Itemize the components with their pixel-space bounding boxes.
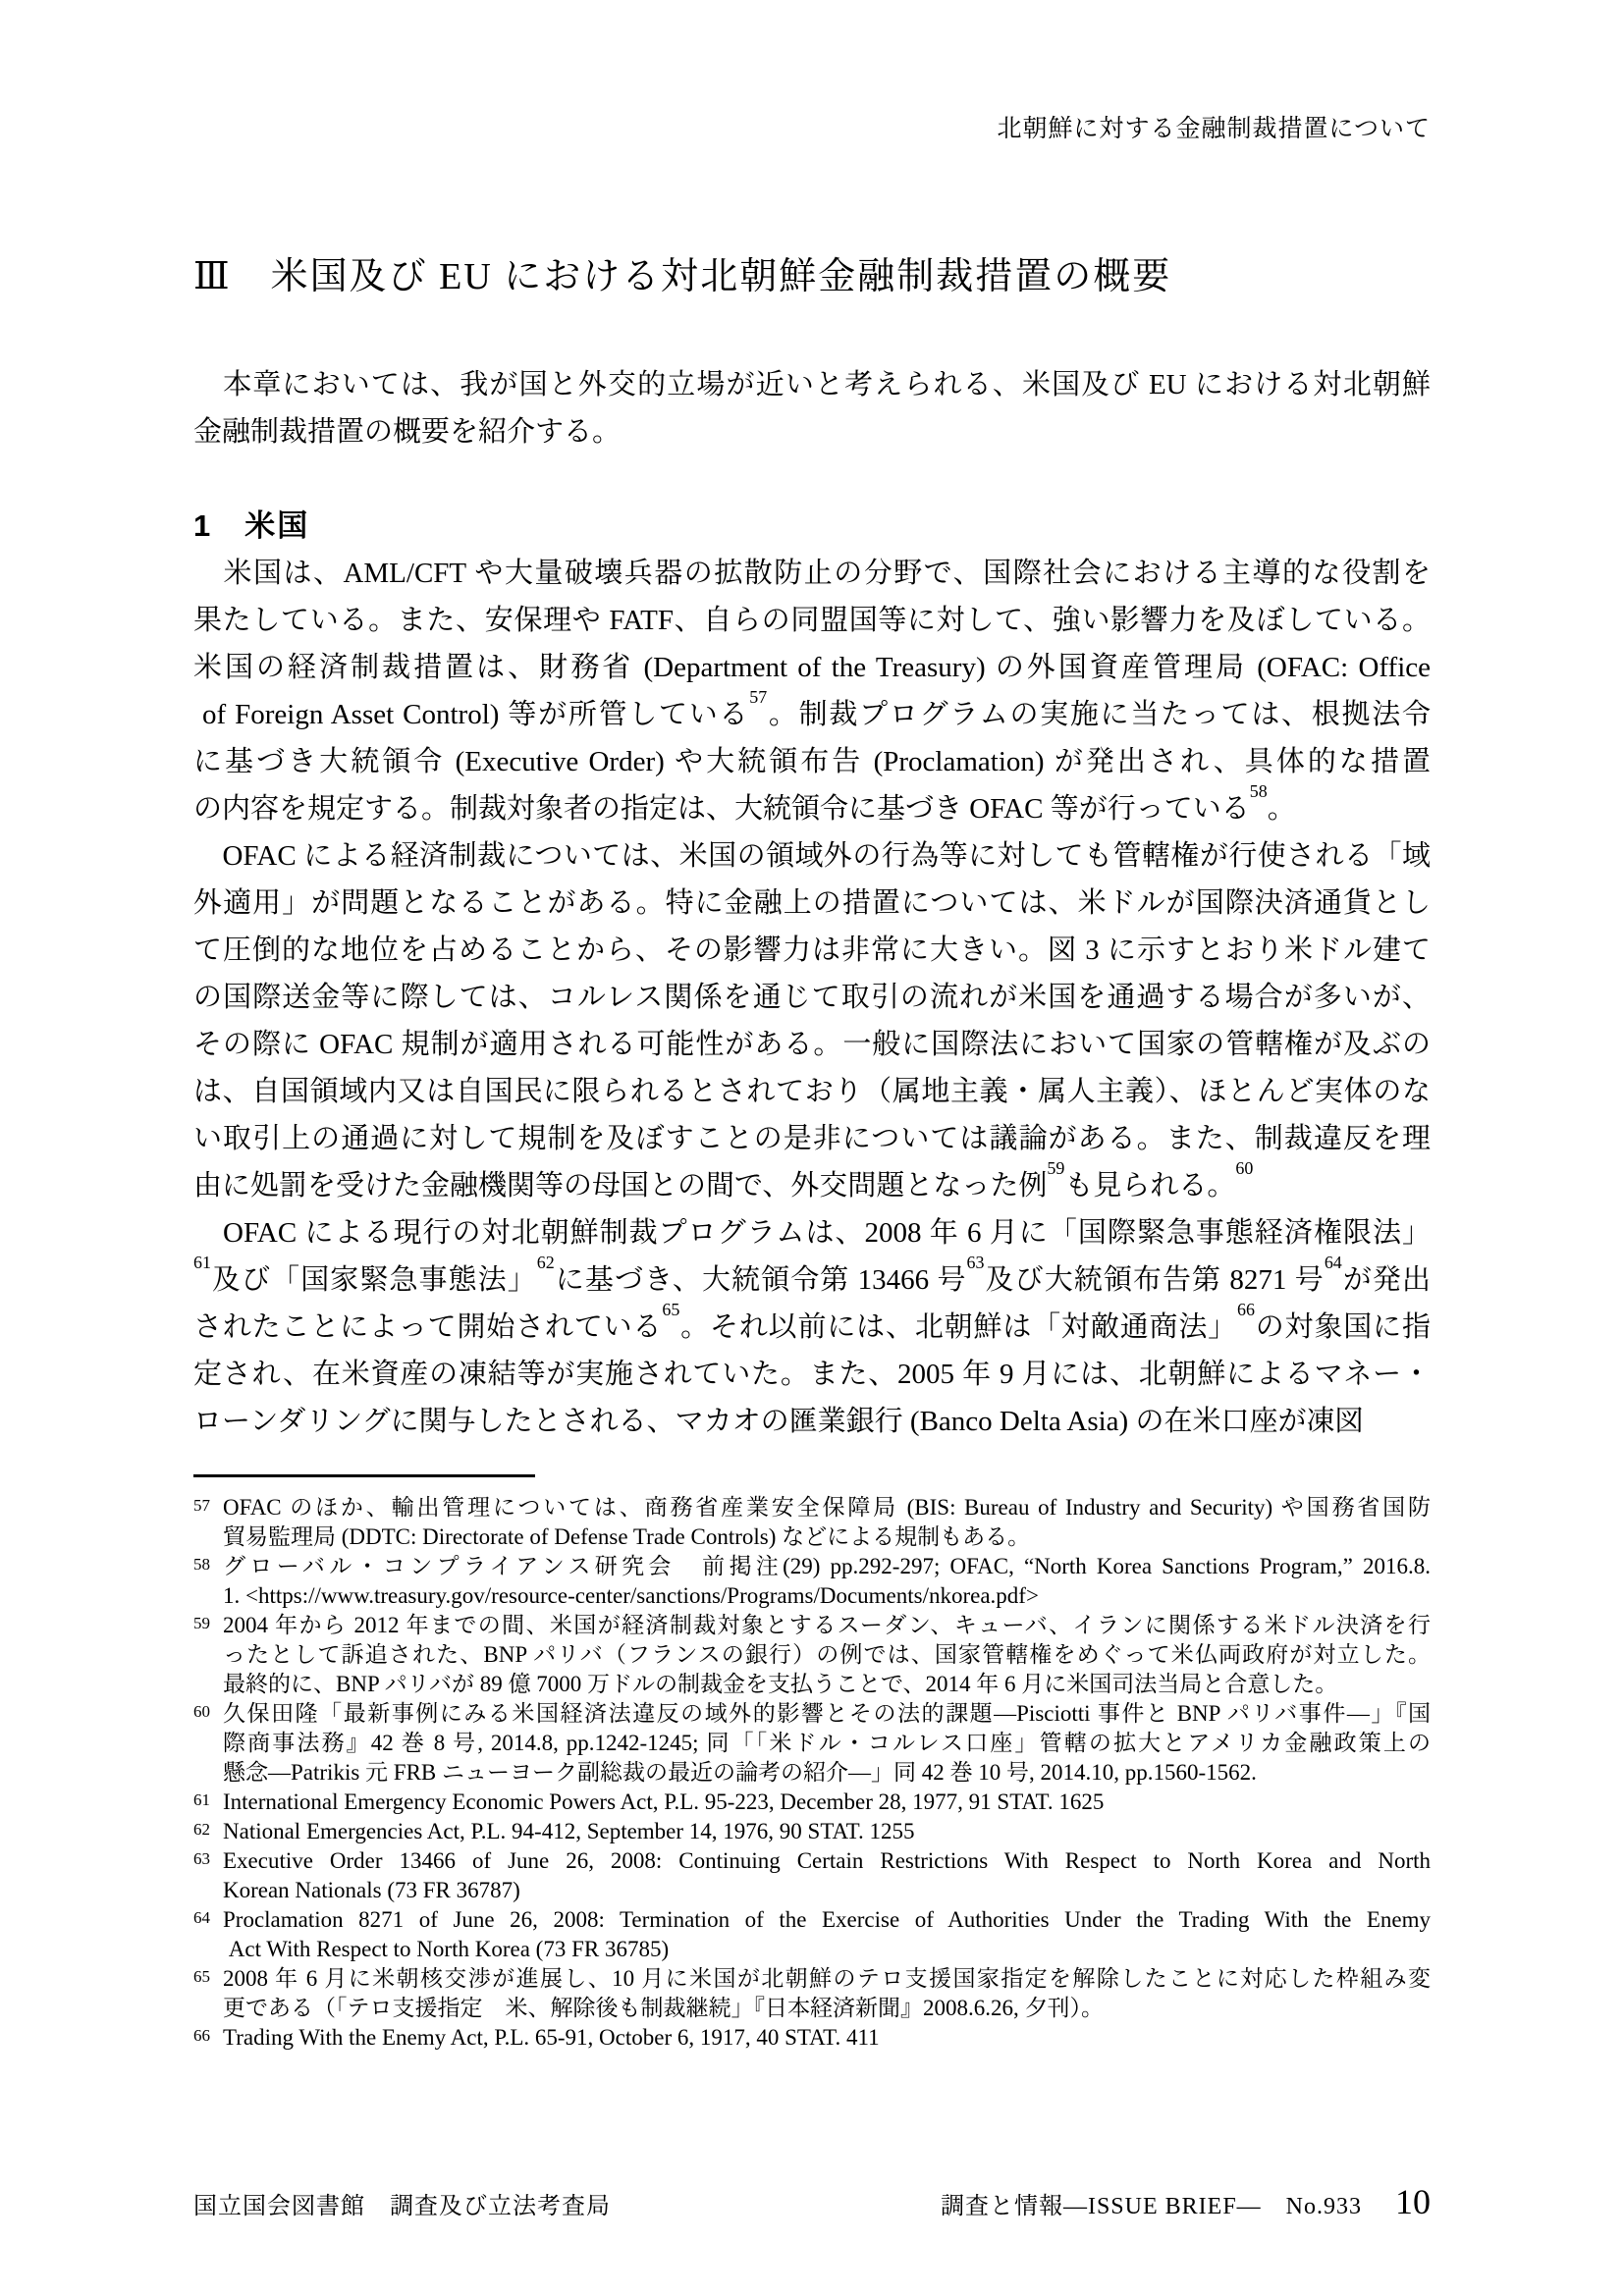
text-line: International Emergency Economic Powers … (193, 1788, 1431, 1817)
text-line: 際商事法務』42 巻 8 号, 2014.8, pp.1242-1245; 同「… (193, 1729, 1431, 1758)
section-heading: 1 米国 (193, 503, 1431, 550)
footnote-ref: 66 (1237, 1304, 1255, 1319)
text-line: は、自国領域内又は自国民に限られるとされており（属地主義・属人主義）、ほとんど実… (193, 1068, 1431, 1115)
body-paragraphs: 米国は、AML/CFT や大量破壊兵器の拡散防止の分野で、国際社会における主導的… (193, 550, 1431, 1445)
page-body: 本章においては、我が国と外交的立場が近いと考えられる、米国及び EU における対… (193, 361, 1431, 2053)
footnote-ref: 60 (1235, 1162, 1253, 1178)
footnote-ref: 64 (1325, 1256, 1342, 1272)
footnote-number: 58 (193, 1550, 210, 1579)
text-line: OFAC による現行の対北朝鮮制裁プログラムは、2008 年 6 月に「国際緊急… (193, 1209, 1431, 1256)
text-line: その際に OFAC 規制が適用される可能性がある。一般に国際法において国家の管轄… (193, 1021, 1431, 1068)
text-line: されたことによって開始されている65。それ以前には、北朝鮮は「対敵通商法」66の… (193, 1304, 1431, 1351)
text-line: 2004 年から 2012 年までの間、米国が経済制裁対象とするスーダン、キュー… (193, 1611, 1431, 1640)
text-line: ローンダリングに関与したとされる、マカオの匯業銀行 (Banco Delta A… (193, 1398, 1431, 1445)
publisher-name: 国立国会図書館 調査及び立法考査局 (193, 2186, 611, 2220)
text-line: 果たしている。また、安保理や FATF、自らの同盟国等に対して、強い影響力を及ぼ… (193, 597, 1431, 644)
text-line: 最終的に、BNP パリバが 89 億 7000 万ドルの制裁金を支払うことで、2… (193, 1670, 1431, 1699)
paragraph: 米国は、AML/CFT や大量破壊兵器の拡散防止の分野で、国際社会における主導的… (193, 550, 1431, 832)
text-line: Act With Respect to North Korea (73 FR 3… (193, 1935, 1431, 1964)
footnote: 66Trading With the Enemy Act, P.L. 65-91… (193, 2023, 1431, 2053)
text-line: 更である（「テロ支援指定 米、解除後も制裁継続」『日本経済新聞』2008.6.2… (193, 1994, 1431, 2023)
paragraph: OFAC による経済制裁については、米国の領域外の行為等に対しても管轄権が行使さ… (193, 832, 1431, 1209)
text-line: の内容を規定する。制裁対象者の指定は、大統領令に基づき OFAC 等が行っている… (193, 785, 1431, 832)
text-line: 久保田隆「最新事例にみる米国経済法違反の域外的影響とその法的課題―Pisciot… (193, 1699, 1431, 1729)
footnote-ref: 58 (1250, 785, 1268, 801)
page-footer: 国立国会図書館 調査及び立法考査局 調査と情報―ISSUE BRIEF― No.… (193, 2181, 1431, 2222)
footnote: 63Executive Order 13466 of June 26, 2008… (193, 1846, 1431, 1905)
text-line: 61及び「国家緊急事態法」62に基づき、大統領令第 13466 号63及び大統領… (193, 1256, 1431, 1304)
text-line: Proclamation 8271 of June 26, 2008: Term… (193, 1905, 1431, 1935)
footnote: 58グローバル・コンプライアンス研究会 前掲注(29) pp.292-297; … (193, 1552, 1431, 1611)
footnote-ref: 57 (749, 691, 767, 707)
text-line: ったとして訴追された、BNP パリバ（フランスの銀行）の例では、国家管轄権をめぐ… (193, 1640, 1431, 1670)
footnote: 62National Emergencies Act, P.L. 94-412,… (193, 1817, 1431, 1846)
footnote-number: 66 (193, 2021, 210, 2051)
text-line: 1. <https://www.treasury.gov/resource-ce… (193, 1581, 1431, 1611)
text-line: 定され、在米資産の凍結等が実施されていた。また、2005 年 9 月には、北朝鮮… (193, 1351, 1431, 1398)
footnote: 61International Emergency Economic Power… (193, 1788, 1431, 1817)
chapter-title: Ⅲ 米国及び EU における対北朝鮮金融制裁措置の概要 (193, 253, 1431, 300)
text-line: OFAC による経済制裁については、米国の領域外の行為等に対しても管轄権が行使さ… (193, 832, 1431, 880)
footnote-number: 63 (193, 1844, 210, 1874)
text-line: 貿易監理局 (DDTC: Directorate of Defense Trad… (193, 1522, 1431, 1552)
footnote: 592004 年から 2012 年までの間、米国が経済制裁対象とするスーダン、キ… (193, 1611, 1431, 1699)
footnote-ref: 62 (537, 1256, 555, 1272)
paragraph: OFAC による現行の対北朝鮮制裁プログラムは、2008 年 6 月に「国際緊急… (193, 1209, 1431, 1445)
text-line: 2008 年 6 月に米朝核交渉が進展し、10 月に米国が北朝鮮のテロ支援国家指… (193, 1964, 1431, 1994)
journal-title: 調査と情報―ISSUE BRIEF― No.933 (941, 2186, 1362, 2220)
footnote-ref: 65 (662, 1304, 679, 1319)
page-number: 10 (1395, 2181, 1431, 2222)
text-line: グローバル・コンプライアンス研究会 前掲注(29) pp.292-297; OF… (193, 1552, 1431, 1581)
footnotes: 57OFAC のほか、輸出管理については、商務省産業安全保障局 (BIS: Bu… (193, 1493, 1431, 2053)
footnote-number: 59 (193, 1609, 210, 1638)
text-line: Korean Nationals (73 FR 36787) (193, 1876, 1431, 1905)
footnote: 57OFAC のほか、輸出管理については、商務省産業安全保障局 (BIS: Bu… (193, 1493, 1431, 1552)
text-line: 外適用」が問題となることがある。特に金融上の措置については、米ドルが国際決済通貨… (193, 880, 1431, 927)
footnote-separator (193, 1474, 535, 1477)
footer-right: 調査と情報―ISSUE BRIEF― No.933 10 (941, 2181, 1431, 2222)
footnote: 652008 年 6 月に米朝核交渉が進展し、10 月に米国が北朝鮮のテロ支援国… (193, 1964, 1431, 2023)
text-line: National Emergencies Act, P.L. 94-412, S… (193, 1817, 1431, 1846)
footnote-number: 65 (193, 1962, 210, 1992)
footnote-ref: 59 (1047, 1162, 1064, 1178)
footnote-number: 61 (193, 1786, 210, 1815)
text-line: Trading With the Enemy Act, P.L. 65-91, … (193, 2023, 1431, 2053)
running-header: 北朝鮮に対する金融制裁措置について (997, 114, 1431, 145)
text-line: 金融制裁措置の概要を紹介する。 (193, 408, 1431, 455)
text-line: Executive Order 13466 of June 26, 2008: … (193, 1846, 1431, 1876)
text-line: の国際送金等に際しては、コルレス関係を通じて取引の流れが米国を通過する場合が多い… (193, 974, 1431, 1021)
text-line: 本章においては、我が国と外交的立場が近いと考えられる、米国及び EU における対… (193, 361, 1431, 408)
text-line: of Foreign Asset Control) 等が所管している57。制裁プ… (193, 691, 1431, 738)
footnote: 64Proclamation 8271 of June 26, 2008: Te… (193, 1905, 1431, 1964)
footnote: 60久保田隆「最新事例にみる米国経済法違反の域外的影響とその法的課題―Pisci… (193, 1699, 1431, 1788)
text-line: 米国は、AML/CFT や大量破壊兵器の拡散防止の分野で、国際社会における主導的… (193, 550, 1431, 597)
text-line: に基づき大統領令 (Executive Order) や大統領布告 (Procl… (193, 738, 1431, 785)
footnote-number: 62 (193, 1815, 210, 1844)
document-page: 北朝鮮に対する金融制裁措置について Ⅲ 米国及び EU における対北朝鮮金融制裁… (0, 0, 1623, 2296)
text-line: 由に処罰を受けた金融機関等の母国との間で、外交問題となった例59も見られる。60 (193, 1162, 1431, 1209)
text-line: OFAC のほか、輸出管理については、商務省産業安全保障局 (BIS: Bure… (193, 1493, 1431, 1522)
text-line: い取引上の通過に対して規制を及ぼすことの是非については議論がある。また、制裁違反… (193, 1115, 1431, 1162)
text-line: 懸念―Patrikis 元 FRB ニューヨーク副総裁の最近の論考の紹介―」同 … (193, 1758, 1431, 1788)
intro-paragraph: 本章においては、我が国と外交的立場が近いと考えられる、米国及び EU における対… (193, 361, 1431, 455)
footnote-number: 60 (193, 1697, 210, 1727)
footnote-ref: 63 (967, 1256, 985, 1272)
text-line: て圧倒的な地位を占めることから、その影響力は非常に大きい。図 3 に示すとおり米… (193, 927, 1431, 974)
footnote-number: 57 (193, 1491, 210, 1521)
footnote-number: 64 (193, 1903, 210, 1933)
footnote-ref: 61 (193, 1256, 211, 1272)
text-line: 米国の経済制裁措置は、財務省 (Department of the Treasu… (193, 644, 1431, 691)
